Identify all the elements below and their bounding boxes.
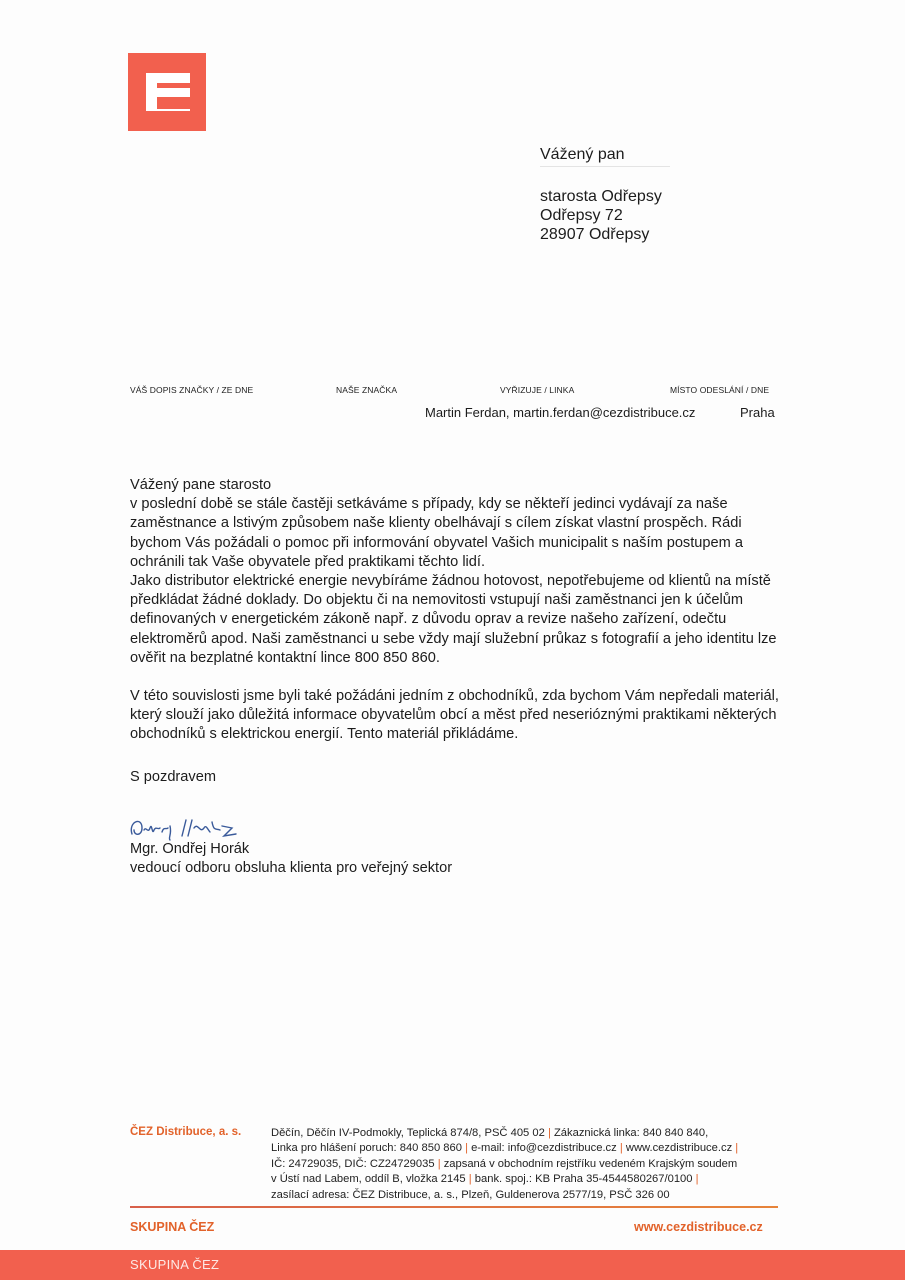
paragraph: V této souvislosti jsme byli také požádá… — [130, 687, 790, 745]
footer-company: ČEZ Distribuce, a. s. — [130, 1126, 241, 1138]
handled-by-value: Martin Ferdan, martin.ferdan@cezdistribu… — [425, 405, 695, 420]
footer-web-inline: www.cezdistribuce.cz — [626, 1142, 732, 1154]
cez-logo-icon — [128, 53, 206, 131]
place-date-label: MÍSTO ODESLÁNÍ / DNE — [670, 385, 769, 395]
footer-info: Děčín, Děčín IV-Podmokly, Teplická 874/8… — [271, 1126, 791, 1203]
bottom-band-text: SKUPINA ČEZ — [130, 1257, 219, 1272]
signer-name: Mgr. Ondřej Horák — [130, 840, 452, 859]
letter-body: Vážený pane starosto v poslední době se … — [130, 476, 790, 745]
recipient-salutation: Vážený pan — [540, 145, 670, 167]
footer-divider — [130, 1206, 778, 1208]
closing: S pozdravem — [130, 769, 216, 785]
footer-website: www.cezdistribuce.cz — [634, 1220, 763, 1234]
footer-register: zapsaná v obchodním rejstříku vedeném Kr… — [444, 1158, 738, 1170]
footer-ids: IČ: 24729035, DIČ: CZ24729035 — [271, 1158, 435, 1170]
paragraph: v poslední době se stále častěji setkává… — [130, 495, 790, 572]
footer-fault-line: Linka pro hlášení poruch: 840 850 860 — [271, 1142, 462, 1154]
footer-address: Děčín, Děčín IV-Podmokly, Teplická 874/8… — [271, 1127, 545, 1139]
footer-register-section: v Ústí nad Labem, oddíl B, vložka 2145 — [271, 1173, 466, 1185]
greeting: Vážený pane starosto — [130, 476, 790, 495]
handled-by-label: VYŘIZUJE / LINKA — [500, 385, 574, 395]
place-value: Praha — [740, 405, 775, 420]
signer-title: vedoucí odboru obsluha klienta pro veřej… — [130, 859, 452, 878]
our-reference-label: NAŠE ZNAČKA — [336, 385, 397, 395]
footer-group: SKUPINA ČEZ — [130, 1220, 214, 1234]
signer-block: Mgr. Ondřej Horák vedoucí odboru obsluha… — [130, 840, 452, 878]
recipient-line: starosta Odřepsy — [540, 187, 670, 206]
recipient-address: Vážený pan starosta Odřepsy Odřepsy 72 2… — [540, 145, 670, 244]
handwritten-signature — [128, 808, 258, 844]
recipient-line: Odřepsy 72 — [540, 206, 670, 225]
footer-mailing-address: zasílací adresa: ČEZ Distribuce, a. s., … — [271, 1189, 670, 1201]
your-letter-label: VÁŠ DOPIS ZNAČKY / ZE DNE — [130, 385, 253, 395]
footer-customer-line: Zákaznická linka: 840 840 840, — [554, 1127, 708, 1139]
recipient-line: 28907 Odřepsy — [540, 225, 670, 244]
footer-bank: bank. spoj.: KB Praha 35-4544580267/0100 — [475, 1173, 693, 1185]
footer-email: e-mail: info@cezdistribuce.cz — [471, 1142, 617, 1154]
bottom-band: SKUPINA ČEZ — [0, 1250, 905, 1280]
paragraph: Jako distributor elektrické energie nevy… — [130, 572, 790, 668]
